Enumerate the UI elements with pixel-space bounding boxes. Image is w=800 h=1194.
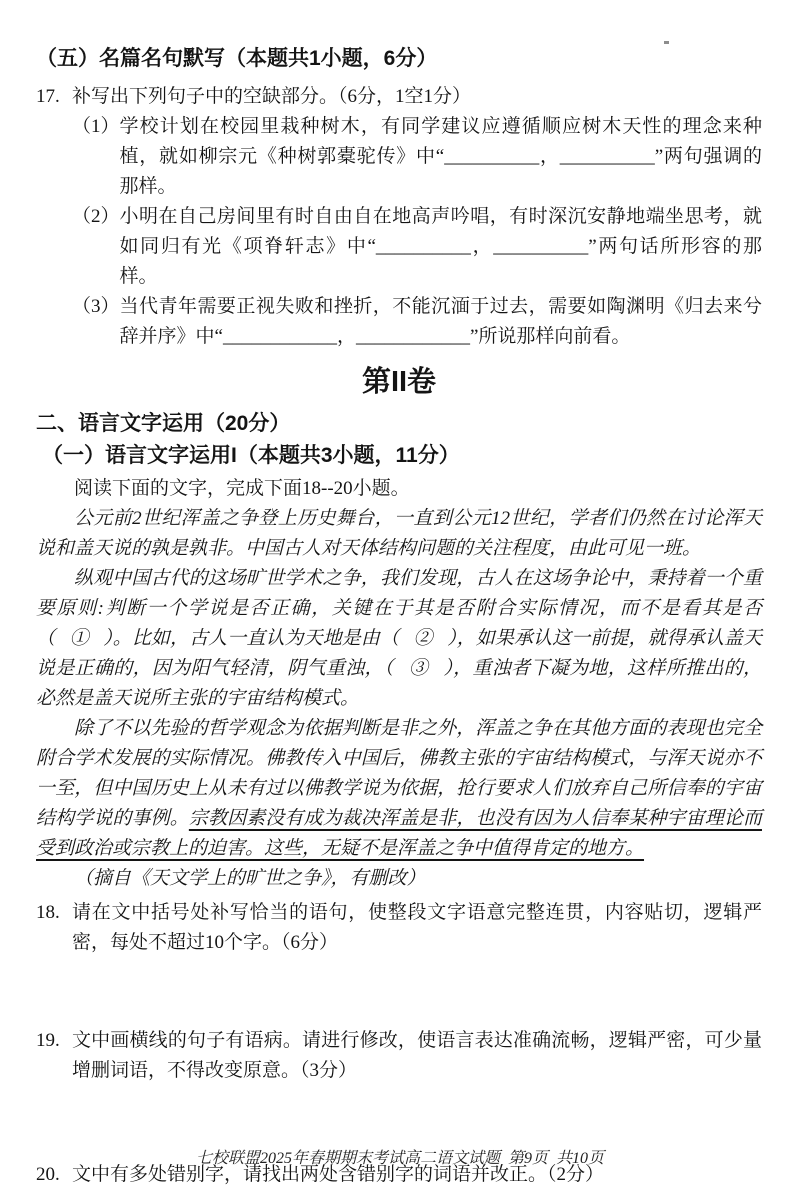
question-19-number: 19. [36, 1026, 72, 1086]
volume-title: 第II卷 [36, 362, 762, 402]
question-17-item-3: （3） 当代青年需要正视失败和挫折，不能沉湎于过去，需要如陶渊明《归去来兮辞并序… [36, 292, 762, 352]
item-3-marker: （3） [72, 292, 120, 352]
question-18-text: 请在文中括号处补写恰当的语句，使整段文字语意完整连贯，内容贴切，逻辑严密，每处不… [72, 898, 762, 958]
passage-citation: （摘自《天文学上的旷世之争》，有删改） [36, 864, 762, 894]
question-17-item-2: （2） 小明在自己房间里有时自由自在地高声吟唱，有时深沉安静地端坐思考，就如同归… [36, 202, 762, 292]
question-17-number: 17. [36, 82, 72, 112]
section-five-heading: （五）名篇名句默写（本题共1小题，6分） [36, 44, 762, 74]
question-17-stem: 补写出下列句子中的空缺部分。（6分，1空1分） [72, 82, 762, 112]
item-3-text: 当代青年需要正视失败和挫折，不能沉湎于过去，需要如陶渊明《归去来兮辞并序》中“_… [120, 292, 762, 352]
part-two-sub-heading: （一）语言文字运用I（本题共3小题，11分） [42, 440, 762, 472]
question-17-item-1: （1） 学校计划在校园里栽种树木，有同学建议应遵循顺应树木天性的理念来种植，就如… [36, 112, 762, 202]
question-18-number: 18. [36, 898, 72, 958]
scan-speck [664, 41, 669, 44]
question-19: 19. 文中画横线的句子有语病。请进行修改，使语言表达准确流畅，逻辑严密，可少量… [36, 1026, 762, 1086]
page-footer: 七校联盟2025年春期期末考试高二语文试题 第9页 共10页 [0, 1145, 800, 1168]
exam-page: （五）名篇名句默写（本题共1小题，6分） 17. 补写出下列句子中的空缺部分。（… [0, 0, 800, 1190]
part-two-heading: 二、语言文字运用（20分） [36, 408, 762, 440]
question-18: 18. 请在文中括号处补写恰当的语句，使整段文字语意完整连贯，内容贴切，逻辑严密… [36, 898, 762, 958]
item-2-text: 小明在自己房间里有时自由自在地高声吟唱，有时深沉安静地端坐思考，就如同归有光《项… [120, 202, 762, 292]
passage-paragraph-1: 公元前2世纪浑盖之争登上历史舞台，一直到公元12世纪，学者们仍然在讨论浑天说和盖… [36, 504, 762, 564]
item-1-marker: （1） [72, 112, 120, 202]
item-1-text: 学校计划在校园里栽种树木，有同学建议应遵循顺应树木天性的理念来种植，就如柳宗元《… [120, 112, 762, 202]
passage-paragraph-3: 除了不以先验的哲学观念为依据判断是非之外，浑盖之争在其他方面的表现也完全附合学术… [36, 714, 762, 864]
question-19-text: 文中画横线的句子有语病。请进行修改，使语言表达准确流畅，逻辑严密，可少量增删词语… [72, 1026, 762, 1086]
reading-passage: 公元前2世纪浑盖之争登上历史舞台，一直到公元12世纪，学者们仍然在讨论浑天说和盖… [36, 504, 762, 894]
passage-paragraph-2: 纵观中国古代的这场旷世学术之争，我们发现，古人在这场争论中，秉持着一个重要原则:… [36, 564, 762, 714]
question-17: 17. 补写出下列句子中的空缺部分。（6分，1空1分） [36, 82, 762, 112]
reading-instruction: 阅读下面的文字，完成下面18--20小题。 [36, 474, 762, 504]
item-2-marker: （2） [72, 202, 120, 292]
